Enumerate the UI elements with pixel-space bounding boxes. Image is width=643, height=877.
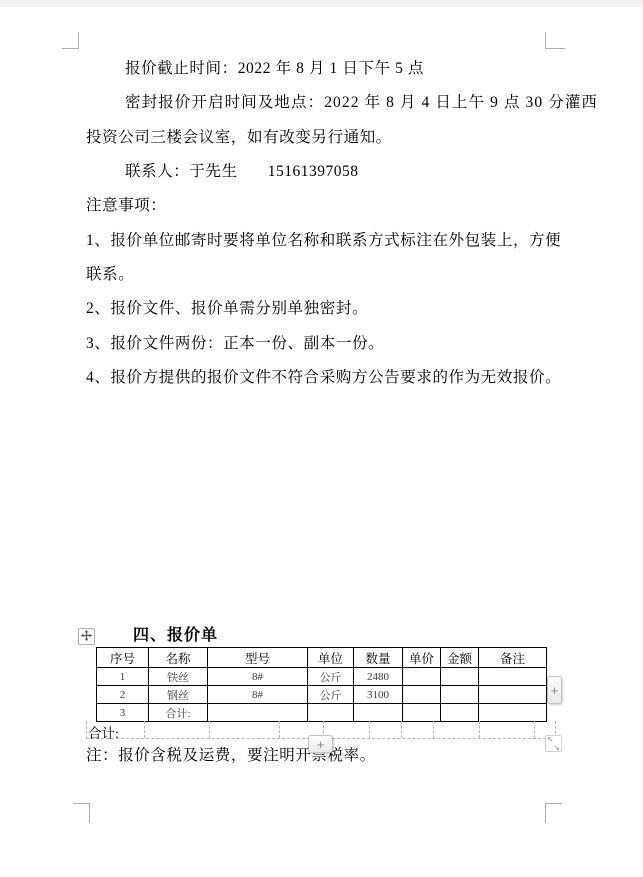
margin-mark-top-left: [62, 32, 79, 49]
dashed-divider: [433, 721, 434, 738]
table-cell[interactable]: 铁丝: [149, 668, 208, 686]
header-cell-model[interactable]: 型号: [208, 648, 308, 668]
dashed-divider: [479, 721, 480, 738]
paragraph-deadline: 报价截止时间：2022 年 8 月 1 日下午 5 点: [125, 60, 424, 78]
table-row: 3 合计:: [97, 704, 547, 722]
table-move-handle[interactable]: [78, 628, 95, 645]
quotation-table: 序号 名称 型号 单位 数量 单价 金额 备注 1 铁丝 8# 公斤 2480 …: [96, 647, 547, 722]
table-cell[interactable]: [403, 686, 441, 704]
paragraph-opening-place: 投资公司三楼会议室，如有改变另行通知。: [86, 129, 392, 147]
dashed-divider: [369, 721, 370, 738]
header-cell-qty[interactable]: 数量: [354, 648, 403, 668]
margin-mark-bottom-right: [545, 803, 562, 823]
table-cell[interactable]: [441, 686, 479, 704]
dashed-divider: [279, 721, 280, 738]
add-column-button[interactable]: +: [547, 676, 562, 704]
margin-mark-top-right: [545, 32, 565, 49]
table-cell[interactable]: [354, 704, 403, 722]
table-cell[interactable]: [403, 668, 441, 686]
header-cell-name[interactable]: 名称: [149, 648, 208, 668]
paragraph-opening-time: 密封报价开启时间及地点：2022 年 8 月 4 日上午 9 点 30 分灌西: [125, 94, 598, 112]
page-top-edge: [0, 0, 643, 7]
table-cell[interactable]: 3: [97, 704, 149, 722]
contact-label: 联系人：于先生: [125, 163, 238, 181]
overflow-total-label: 合计:: [88, 722, 119, 742]
table-cell[interactable]: [308, 704, 354, 722]
table-cell[interactable]: 公斤: [308, 668, 354, 686]
paragraph-contact: 联系人：于先生 15161397058: [125, 163, 358, 181]
resize-arrow-se-icon: ↘: [553, 743, 560, 752]
paragraph-note-1: 1、报价单位邮寄时要将单位名称和联系方式标注在外包装上，方便: [86, 232, 561, 250]
table-cell[interactable]: 2: [97, 686, 149, 704]
paragraph-note-3: 3、报价文件两份：正本一份、副本一份。: [86, 335, 384, 353]
document-page[interactable]: 报价截止时间：2022 年 8 月 1 日下午 5 点 密封报价开启时间及地点：…: [0, 0, 643, 877]
table-cell[interactable]: [208, 704, 308, 722]
table-cell[interactable]: [479, 686, 547, 704]
table-row: 1 铁丝 8# 公斤 2480: [97, 668, 547, 686]
table-cell[interactable]: [441, 668, 479, 686]
table-row: 2 钢丝 8# 公斤 3100: [97, 686, 547, 704]
table-cell[interactable]: [441, 704, 479, 722]
header-cell-remark[interactable]: 备注: [479, 648, 547, 668]
table-header-row: 序号 名称 型号 单位 数量 单价 金额 备注: [97, 648, 547, 668]
header-cell-amount[interactable]: 金额: [441, 648, 479, 668]
table-cell[interactable]: 2480: [354, 668, 403, 686]
paragraph-note-2: 2、报价文件、报价单需分别单独密封。: [86, 300, 368, 318]
table-cell[interactable]: 8#: [208, 686, 308, 704]
table-cell[interactable]: [479, 668, 547, 686]
paragraph-note-4: 4、报价方提供的报价文件不符合采购方公告要求的作为无效报价。: [86, 369, 561, 387]
header-cell-unit[interactable]: 单位: [308, 648, 354, 668]
table-cell[interactable]: 合计:: [149, 704, 208, 722]
table-cell[interactable]: [403, 704, 441, 722]
table-cell[interactable]: 公斤: [308, 686, 354, 704]
paragraph-notes-heading: 注意事项：: [86, 197, 167, 215]
move-icon: [81, 628, 92, 646]
section-title-quotation-sheet: 四、报价单: [133, 622, 218, 645]
paragraph-note-1-cont: 联系。: [86, 266, 134, 284]
table-cell[interactable]: [479, 704, 547, 722]
dashed-divider: [534, 721, 535, 738]
dashed-divider: [401, 721, 402, 738]
table-cell[interactable]: 8#: [208, 668, 308, 686]
header-cell-seq[interactable]: 序号: [97, 648, 149, 668]
add-row-button[interactable]: +: [308, 735, 333, 753]
table-cell[interactable]: 钢丝: [149, 686, 208, 704]
margin-mark-bottom-left: [73, 803, 90, 823]
dashed-divider: [144, 721, 145, 738]
contact-phone: 15161397058: [268, 163, 359, 181]
dashed-divider: [209, 721, 210, 738]
table-cell[interactable]: 3100: [354, 686, 403, 704]
table-cell[interactable]: 1: [97, 668, 149, 686]
table-resize-handle[interactable]: ↖ ↘: [545, 735, 562, 752]
header-cell-price[interactable]: 单价: [403, 648, 441, 668]
